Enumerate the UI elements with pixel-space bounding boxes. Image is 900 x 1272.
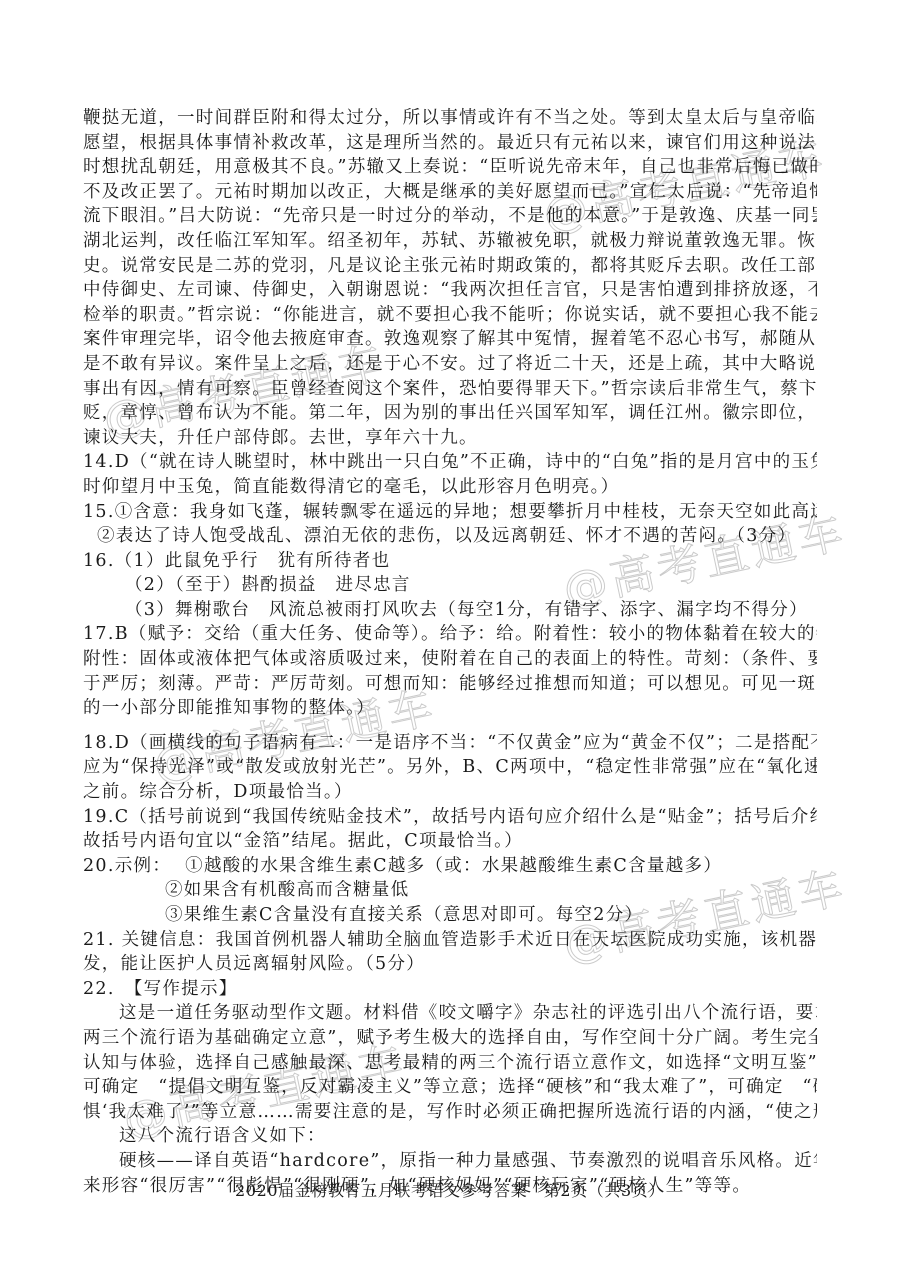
answer-22: 22. 【写作提示】 这是一道任务驱动型作文题。材料借《咬文嚼字》杂志社的评选引… [83,977,817,1198]
writing-tips-heading: 22. 【写作提示】 [83,977,817,1002]
text-line: 之前。综合分析，D项最恰当。） [83,780,817,805]
text-line: 案件审理完毕，诏令他去掖庭审查。敦逸观察了解其中冤情，握着笔不忍心书写，郝随从旁… [83,327,817,352]
text-line: 鞭挞无道，一时间群臣附和得太过分，所以事情或许有不当之处。等到太皇太后与皇帝临政… [83,106,817,131]
answer-document: 鞭挞无道，一时间群臣附和得太过分，所以事情或许有不当之处。等到太皇太后与皇帝临政… [83,106,817,1198]
text-line: 17.B（赋予：交给（重大任务、使命等）。给予：给。附着性：较小的物体黏着在较大… [83,622,817,647]
answer-20: 20.示例：①越酸的水果含维生素C越多（或：水果越酸维生素C含量越多） ②如果含… [83,854,817,928]
answer-20-item: ②如果含有机酸高而含糖量低 [83,878,817,903]
text-line: 这八个流行语含义如下： [83,1124,817,1149]
answer-17: 17.B（赋予：交给（重大任务、使命等）。给予：给。附着性：较小的物体黏着在较大… [83,622,817,720]
text-line: 是不敢有异议。案件呈上之后，还是于心不安。过了将近二十天，还是上疏，其中大略说：… [83,352,817,377]
translation-passage: 鞭挞无道，一时间群臣附和得太过分，所以事情或许有不当之处。等到太皇太后与皇帝临政… [83,106,817,450]
answer-16: 16.（1）此鼠免乎行 犹有所待者也 （2）（至于）斟酌损益 进尽忠言 （3）舞… [83,549,817,623]
text-line: 中侍御史、左司谏、侍御史，入朝谢恩说：“我两次担任言官，只是害怕遭到排挤放逐，不… [83,278,817,303]
text-line: 14.D（“就在诗人眺望时，林中跳出一只白兔”不正确，诗中的“白兔”指的是月宫中… [83,450,817,475]
text-line: 两三个流行语为基础确定立意”，赋予考生极大的选择自由，写作空间十分广阔。考生完全… [83,1026,817,1051]
page-footer: 2020届金榜教育五月联考语文参考答案 第2页（共3页） [0,1178,900,1201]
text-line: 贬，章惇、曾布认为不能。第二年，因为别的事出任兴国军知军，调任江州。徽宗即位，受… [83,401,817,426]
text-line: ②表达了诗人饱受战乱、漂泊无依的悲伤，以及远离朝廷、怀才不遇的苦闷。（3分） [83,524,817,549]
answer-20-label: 20.示例： [83,856,171,876]
answer-20-item: ①越酸的水果含维生素C越多（或：水果越酸维生素C含量越多） [185,856,722,876]
text-line: （3）舞榭歌台 风流总被雨打风吹去（每空1分，有错字、添字、漏字均不得分） [83,598,817,623]
answer-15: 15.①含意：我身如飞蓬，辗转飘零在遥远的异地；想要攀折月中桂枝，无奈天空如此高… [83,500,817,549]
text-line: 惧‘我太难了’”等立意……需要注意的是，写作时必须正确把握所选流行语的内涵，“使… [83,1100,817,1125]
text-line: 16.（1）此鼠免乎行 犹有所待者也 [83,549,817,574]
text-line: 愿望，根据具体事情补救改革，这是理所当然的。最近只有元祐以来，谏官们用这种说法来… [83,131,817,156]
text-line: 事出有因，情有可察。臣曾经查阅这个案件，恐怕要得罪天下。”哲宗读后非常生气，蔡卞… [83,377,817,402]
text-line: 于严厉；刻薄。严苛：严厉苛刻。可想而知：能够经过推想而知道；可以想见。可见一斑：… [83,672,817,697]
text-line: 不及改正罢了。元祐时期加以改正，大概是继承的美好愿望而已。”宣仁太后说：“先帝追… [83,180,817,205]
text-line: 可确定 “提倡文明互鉴，反对霸凌主义”等立意；选择“硬核”和“我太难了”，可确定… [83,1075,817,1100]
text-line: 19.C（括号前说到“我国传统贴金技术”，故括号内语句应介绍什么是“贴金”；括号… [83,805,817,830]
answer-20-item: ③果维生素C含量没有直接关系（意思对即可。每空2分） [83,903,817,928]
text-line: 硬核——译自英语“hardcore”，原指一种力量感强、节奏激烈的说唱音乐风格。… [83,1149,817,1174]
text-line: 检举的职责。”哲宗说：“你能进言，就不要担心我不能听；你说实话，就不要担心我不能… [83,303,817,328]
text-line: 史。说常安民是二苏的党羽，凡是议论主张元祐时期政策的，都将其贬斥去职。改任工部员… [83,254,817,279]
text-line: 应为“保持光泽”或“散发或放射光芒”。另外，B、C两项中，“稳定性非常强”应在“… [83,755,817,780]
answer-18: 18.D（画横线的句子语病有二：一是语序不当：“不仅黄金”应为“黄金不仅”；二是… [83,731,817,805]
text-line: 附性：固体或液体把气体或溶质吸过来，使附着在自己的表面上的特性。苛刻：（条件、要… [83,647,817,672]
text-line: 15.①含意：我身如飞蓬，辗转飘零在遥远的异地；想要攀折月中桂枝，无奈天空如此高… [83,500,817,525]
text-line: 21. 关键信息：我国首例机器人辅助全脑血管造影手术近日在天坛医院成功实施，该机… [83,928,817,953]
text-line: 湖北运判，改任临江军知军。绍圣初年，苏轼、苏辙被免职，就极力辩说董敦逸无罪。恢复… [83,229,817,254]
text-line: 谏议大夫，升任户部侍郎。去世，享年六十九。 [83,426,817,451]
answer-14: 14.D（“就在诗人眺望时，林中跳出一只白兔”不正确，诗中的“白兔”指的是月宫中… [83,450,817,499]
text-line: 时仰望月中玉兔，简直能数得清它的毫毛，以此形容月色明亮。） [83,475,817,500]
text-line: 18.D（画横线的句子语病有二：一是语序不当：“不仅黄金”应为“黄金不仅”；二是… [83,731,817,756]
text-line: 20.示例：①越酸的水果含维生素C越多（或：水果越酸维生素C含量越多） [83,854,817,879]
text-line: 时想扰乱朝廷，用意极其不良。”苏辙又上奏说：“臣听说先帝末年，自己也非常后悔已做… [83,155,817,180]
text-line: 流下眼泪。”吕大防说：“先帝只是一时过分的举动，不是他的本意。”于是敦逸、庆基一… [83,204,817,229]
text-line: 的一小部分即能推知事物的整体。） [83,696,817,721]
text-line: 发，能让医护人员远离辐射风险。（5分） [83,952,817,977]
text-line: 故括号内语句宜以“金箔”结尾。据此，C项最恰当。） [83,829,817,854]
answer-19: 19.C（括号前说到“我国传统贴金技术”，故括号内语句应介绍什么是“贴金”；括号… [83,805,817,854]
answer-21: 21. 关键信息：我国首例机器人辅助全脑血管造影手术近日在天坛医院成功实施，该机… [83,928,817,977]
text-line: 这是一道任务驱动型作文题。材料借《咬文嚼字》杂志社的评选引出八个流行语，要求考生… [83,1001,817,1026]
text-line: 认知与体验，选择自己感触最深、思考最精的两三个流行语立意作文，如选择“文明互鉴”… [83,1051,817,1076]
text-line: （2）（至于）斟酌损益 进尽忠言 [83,573,817,598]
